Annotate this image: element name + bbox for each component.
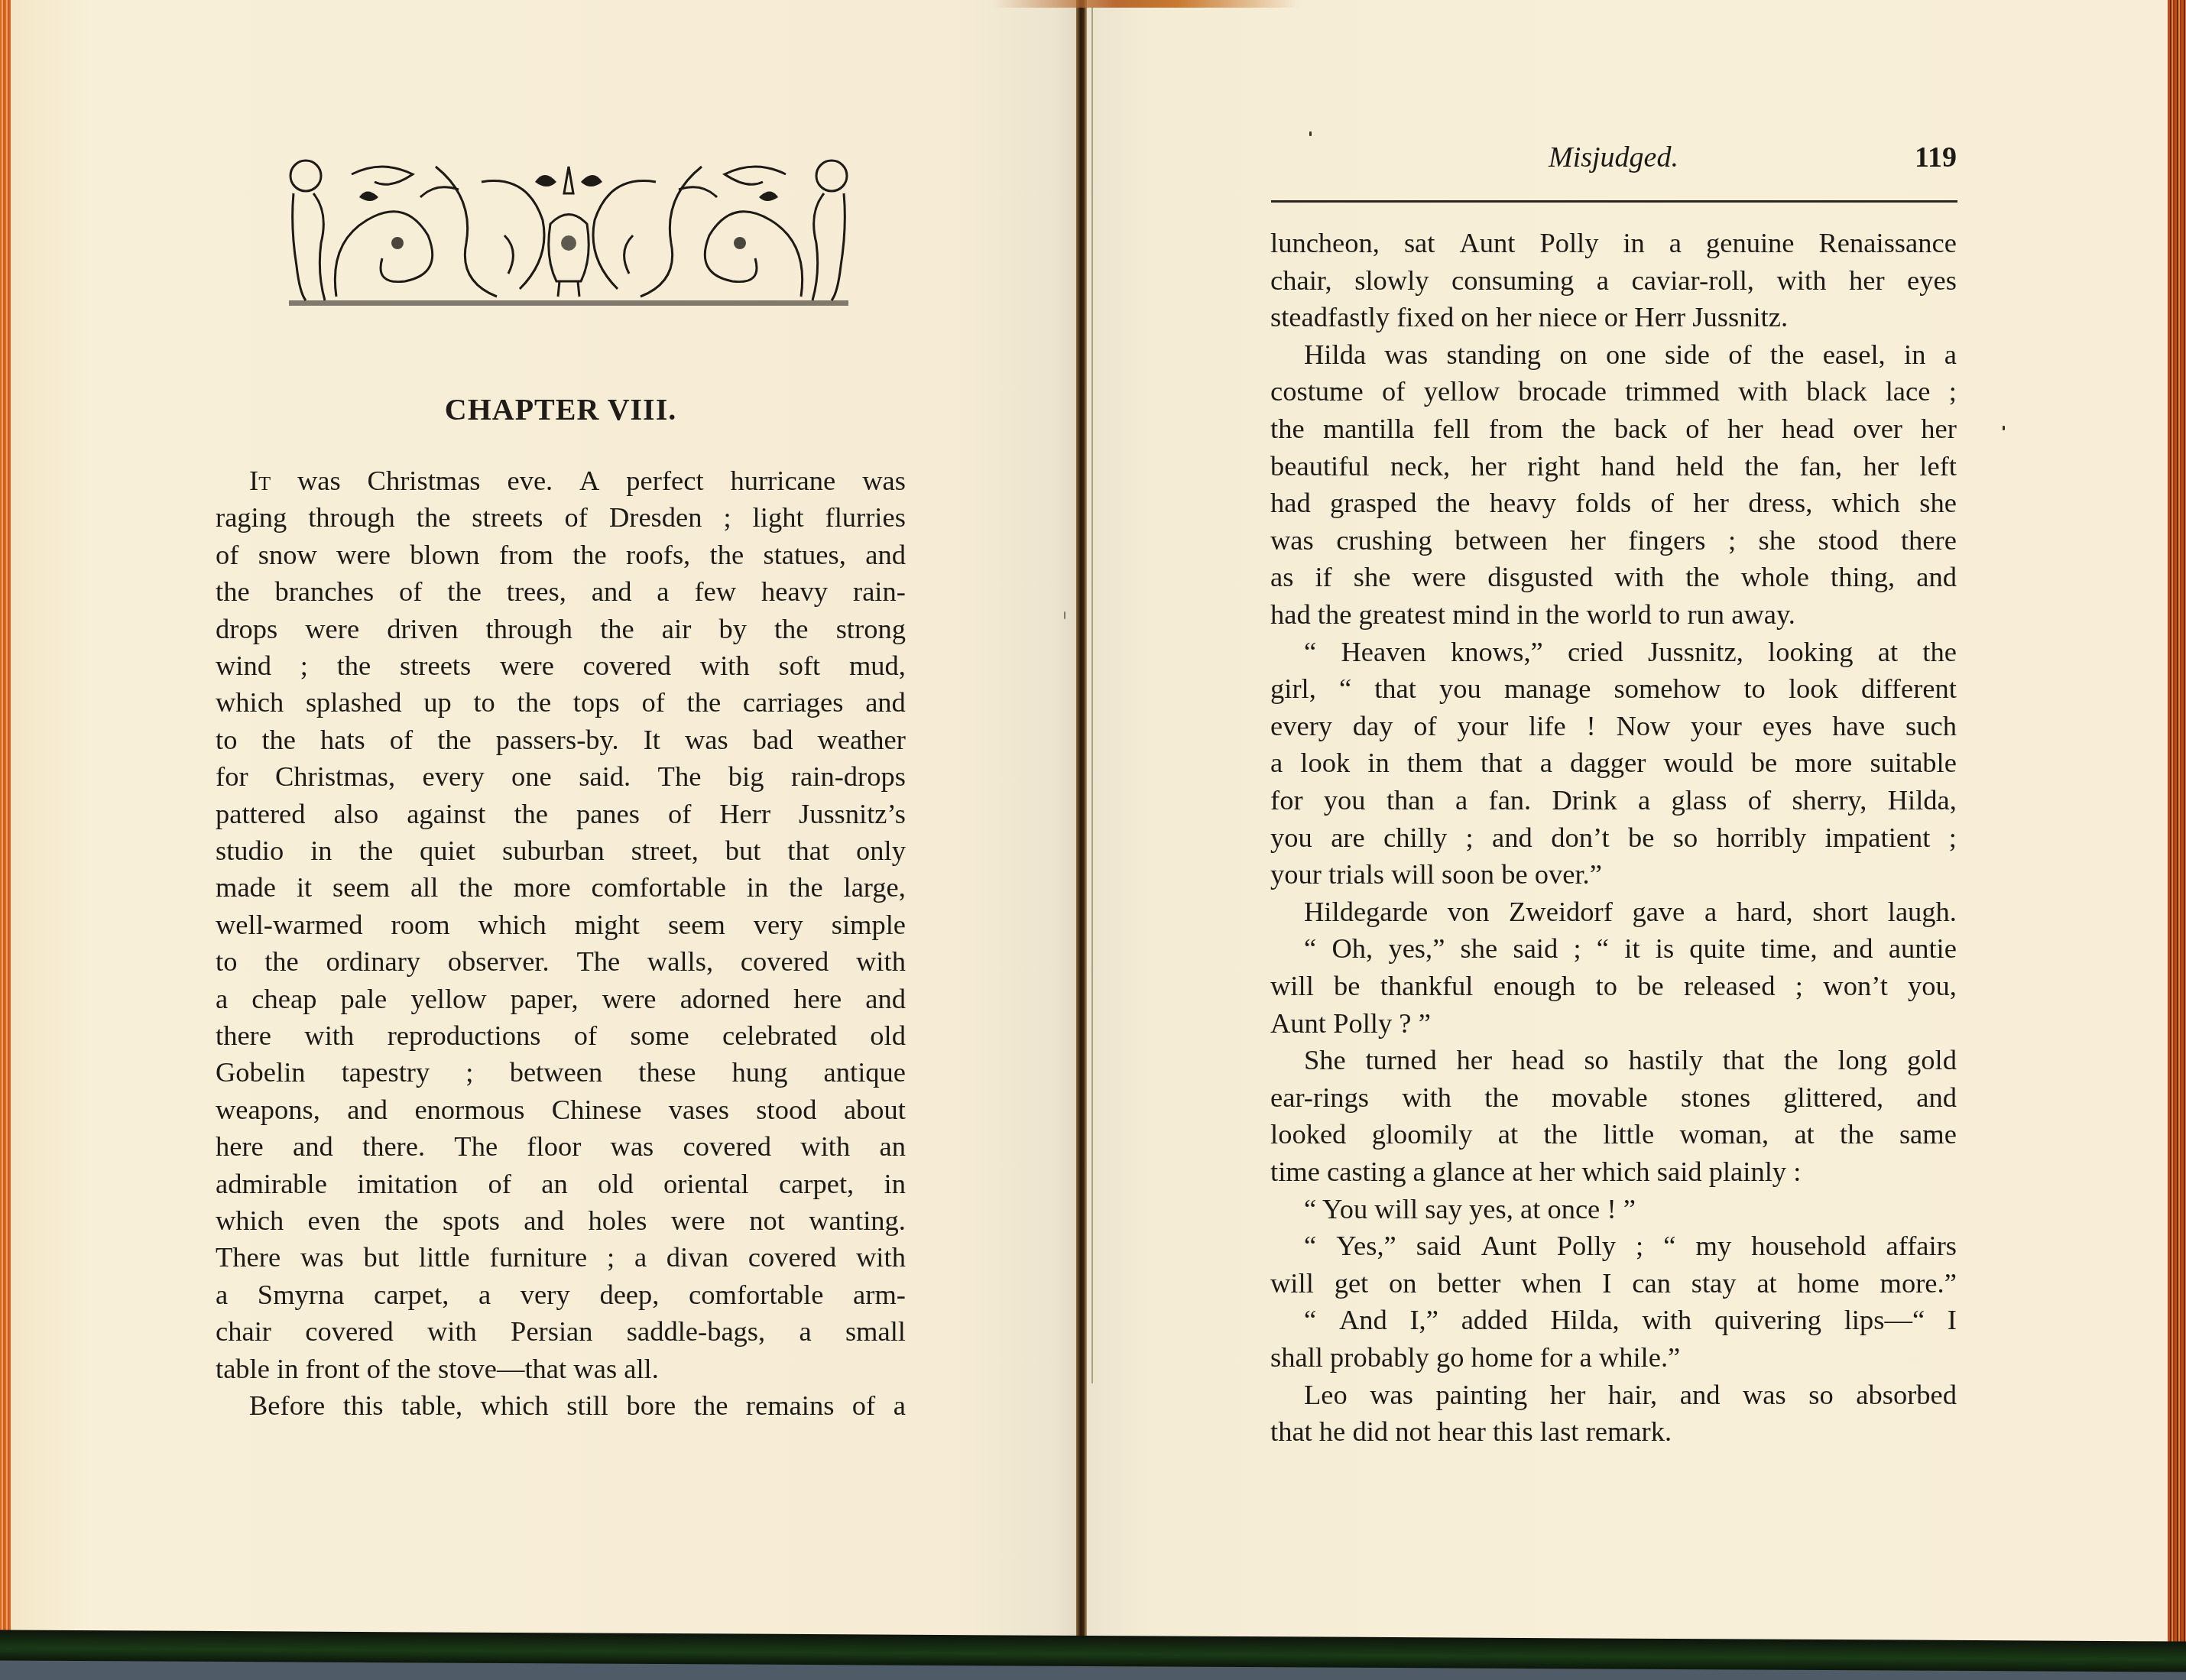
text-line: Aunt Polly ? ” — [1270, 1005, 1957, 1042]
text-line: luncheon,satAuntPollyinagenuineRenaissan… — [1270, 225, 1957, 261]
text-line: admirableimitationofanoldorientalcarpet,… — [216, 1166, 906, 1202]
text-line: forChristmas,everyonesaid.Thebigrain-dro… — [216, 758, 906, 795]
text-line: ofsnowwereblownfromtheroofs,thestatues,a… — [216, 537, 906, 573]
text-line: “AndI,”addedHilda,withquiveringlips—“I — [1270, 1302, 1957, 1338]
open-book-spread: CHAPTER VIII. ItwasChristmaseve.Aperfect… — [0, 0, 2186, 1651]
text-line: “Heavenknows,”criedJussnitz,lookingatthe — [1270, 634, 1957, 670]
text-line: weapons,andenormousChinesevasesstoodabou… — [216, 1091, 906, 1128]
paper-speck — [1309, 131, 1312, 136]
text-line: time casting a glance at her which said … — [1270, 1153, 1957, 1190]
text-line: lookedgloomilyatthelittlewoman,atthesame — [1270, 1116, 1957, 1153]
text-line: aSmyrnacarpet,averydeep,comfortablearm- — [216, 1276, 906, 1313]
text-line: Hildawasstandingononesideoftheeasel,ina — [1270, 336, 1957, 373]
spine-top-edge — [994, 0, 1299, 8]
text-line: foryouthanafan.Drinkaglassofsherry,Hilda… — [1270, 782, 1957, 819]
ornament-headpiece-icon — [283, 151, 855, 308]
text-line: chair,slowlyconsumingacaviar-roll,withhe… — [1270, 262, 1957, 299]
text-line: acheappaleyellowpaper,wereadornedhereand — [216, 981, 906, 1017]
text-line: alookinthemthatadaggerwouldbemoresuitabl… — [1270, 744, 1957, 781]
text-line: whichsplasheduptothetopsofthecarriagesan… — [216, 684, 906, 721]
text-line: everydayofyourlife!Nowyoureyeshavesuch — [1270, 708, 1957, 744]
text-line: ear-ringswiththemovablestonesglittered,a… — [1270, 1079, 1957, 1116]
right-page-edges — [2168, 0, 2186, 1651]
text-line: therewithreproductionsofsomecelebratedol… — [216, 1017, 906, 1054]
text-line: madeitseemallthemorecomfortableinthelarg… — [216, 869, 906, 906]
text-line: beautifulneck,herrighthandheldthefan,her… — [1270, 448, 1957, 485]
text-line: well-warmedroomwhichmightseemverysimple — [216, 906, 906, 943]
text-line: patteredalsoagainstthepanesofHerrJussnit… — [216, 796, 906, 832]
running-head: Misjudged. 119 — [1270, 141, 1957, 183]
text-line: themantillafellfromthebackofherheadoverh… — [1270, 410, 1957, 447]
text-line: shall probably go home for a while.” — [1270, 1339, 1957, 1376]
text-line: steadfastly fixed on her niece or Herr J… — [1270, 299, 1957, 336]
text-line: Therewasbutlittlefurniture;adivancovered… — [216, 1239, 906, 1276]
left-page-edges — [0, 0, 11, 1643]
text-line: youarechilly;anddon’tbesohorriblyimpatie… — [1270, 819, 1957, 856]
text-line: asifsheweredisgustedwiththewholething,an… — [1270, 559, 1957, 595]
text-line: totheordinaryobserver.Thewalls,coveredwi… — [216, 943, 906, 980]
text-line: whicheventhespotsandholeswerenotwanting. — [216, 1202, 906, 1239]
text-line: hereandthere.Thefloorwascoveredwithan — [216, 1128, 906, 1165]
text-line: tothehatsofthepassers-by.Itwasbadweather — [216, 722, 906, 758]
text-line: thebranchesofthetrees,andafewheavyrain- — [216, 573, 906, 610]
text-line: costumeofyellowbrocadetrimmedwithblackla… — [1270, 373, 1957, 410]
text-line: Beforethistable,whichstillboretheremains… — [216, 1387, 906, 1424]
text-line: Gobelintapestry;betweenthesehungantique — [216, 1054, 906, 1091]
text-line: that he did not hear this last remark. — [1270, 1413, 1957, 1450]
text-line: hadgraspedtheheavyfoldsofherdress,whichs… — [1270, 485, 1957, 521]
paper-speck — [1064, 611, 1065, 619]
text-line: ItwasChristmaseve.Aperfecthurricanewas — [216, 462, 906, 499]
running-title: Misjudged. — [1270, 141, 1957, 174]
text-line: wind;thestreetswerecoveredwithsoftmud, — [216, 647, 906, 684]
text-line: willgetonbetterwhenIcanstayathomemore.” — [1270, 1265, 1957, 1302]
header-rule — [1271, 200, 1957, 203]
text-line: studiointhequietsuburbanstreet,butthaton… — [216, 832, 906, 869]
text-line: chaircoveredwithPersiansaddle-bags,asmal… — [216, 1313, 906, 1350]
paper-speck — [2003, 426, 2005, 430]
text-line: had the greatest mind in the world to ru… — [1270, 596, 1957, 633]
text-line: “Yes,”saidAuntPolly;“myhouseholdaffairs — [1270, 1228, 1957, 1264]
text-line: willbethankfulenoughtobereleased;won’tyo… — [1270, 968, 1957, 1004]
text-line: “ You will say yes, at once ! ” — [1270, 1191, 1957, 1228]
text-line: “Oh,yes,”shesaid;“itisquitetime,andaunti… — [1270, 930, 1957, 967]
binding-thread — [1091, 8, 1093, 1383]
text-line: ragingthroughthestreetsofDresden;lightfl… — [216, 499, 906, 536]
chapter-title: CHAPTER VIII. — [216, 391, 906, 427]
text-line: dropsweredriventhroughtheairbythestrong — [216, 611, 906, 647]
text-line: Leowaspaintingherhair,andwassoabsorbed — [1270, 1377, 1957, 1413]
book-gutter — [1076, 0, 1087, 1643]
page-number: 119 — [1915, 141, 1957, 174]
text-line: wascrushingbetweenherfingers;shestoodthe… — [1270, 522, 1957, 559]
text-line: Sheturnedherheadsohastilythatthelonggold — [1270, 1042, 1957, 1078]
text-line: girl,“thatyoumanagesomehowtolookdifferen… — [1270, 670, 1957, 707]
text-line: your trials will soon be over.” — [1270, 856, 1957, 893]
text-line: table in front of the stove—that was all… — [216, 1351, 906, 1387]
text-line: HildegardevonZweidorfgaveahard,shortlaug… — [1270, 894, 1957, 930]
